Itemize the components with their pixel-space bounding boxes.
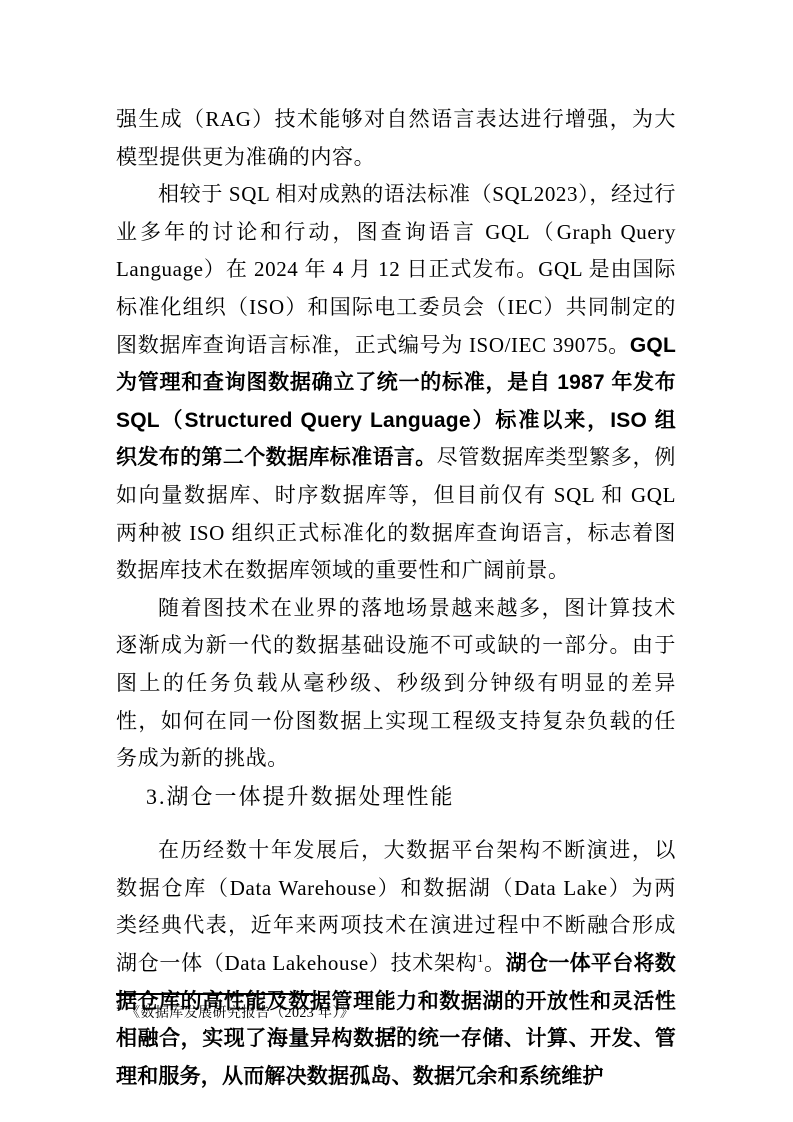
text-segment: 。 xyxy=(484,951,506,975)
paragraph: 在历经数十年发展后，大数据平台架构不断演进，以数据仓库（Data Warehou… xyxy=(116,832,676,1095)
footnote-text: 1《数据库发展研究报告（2023 年）》 xyxy=(116,1002,676,1022)
text-segment: 相较于 SQL 相对成熟的语法标准（SQL2023），经过行业多年的讨论和行动，… xyxy=(116,182,676,356)
footnote-label: 《数据库发展研究报告（2023 年）》 xyxy=(126,1006,354,1021)
page-number: 27 xyxy=(0,1024,793,1041)
document-body: 强生成（RAG）技术能够对自然语言表达进行增强，为大模型提供更为准确的内容。相较… xyxy=(116,101,676,1095)
footnote-separator xyxy=(116,993,313,995)
section-heading: 3.湖仓一体提升数据处理性能 xyxy=(116,778,676,816)
footnote-reference: 1 xyxy=(477,951,484,965)
footnote-marker: 1 xyxy=(116,1004,121,1014)
footnote: 1《数据库发展研究报告（2023 年）》 xyxy=(116,993,676,1022)
paragraph: 相较于 SQL 相对成熟的语法标准（SQL2023），经过行业多年的讨论和行动，… xyxy=(116,176,676,590)
text-segment: 3.湖仓一体提升数据处理性能 xyxy=(146,784,455,809)
paragraph: 强生成（RAG）技术能够对自然语言表达进行增强，为大模型提供更为准确的内容。 xyxy=(116,101,676,176)
paragraph: 随着图技术在业界的落地场景越来越多，图计算技术逐渐成为新一代的数据基础设施不可或… xyxy=(116,590,676,778)
document-page: 强生成（RAG）技术能够对自然语言表达进行增强，为大模型提供更为准确的内容。相较… xyxy=(0,0,793,1122)
text-segment: 随着图技术在业界的落地场景越来越多，图计算技术逐渐成为新一代的数据基础设施不可或… xyxy=(116,596,676,770)
text-segment: 强生成（RAG）技术能够对自然语言表达进行增强，为大模型提供更为准确的内容。 xyxy=(116,107,676,169)
